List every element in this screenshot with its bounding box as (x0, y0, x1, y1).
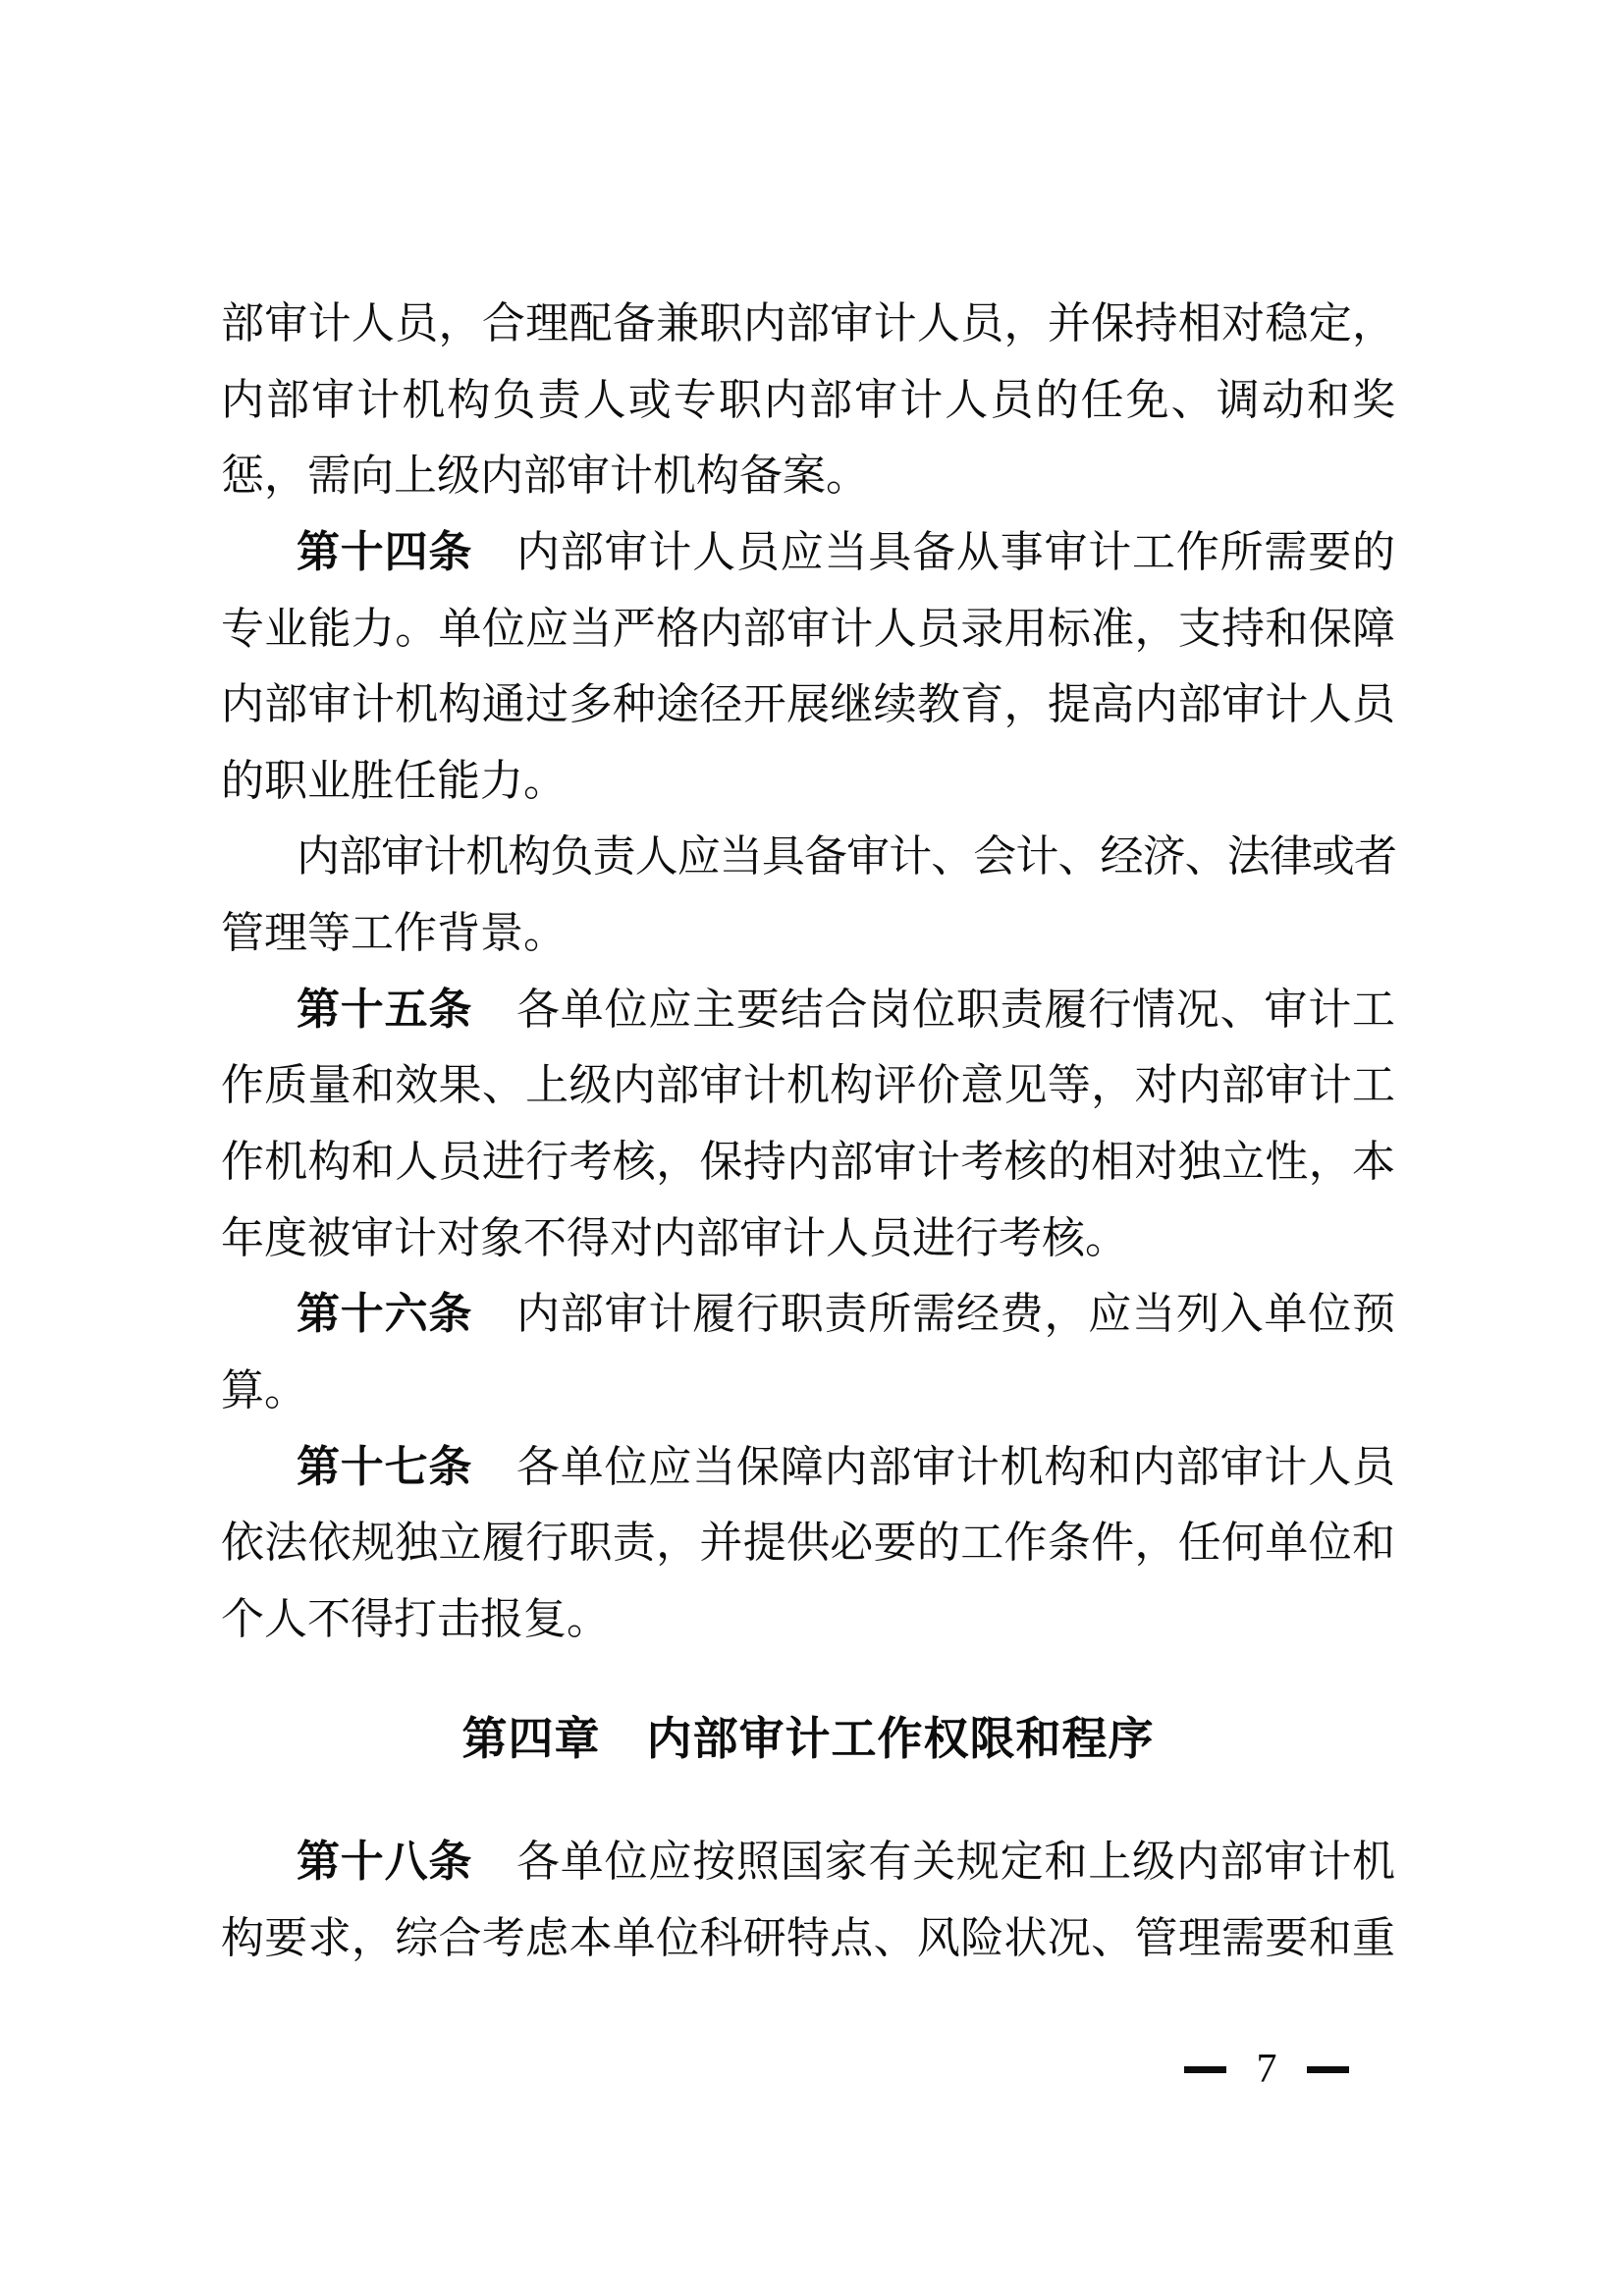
text-line: 第十五条 各单位应主要结合岗位职责履行情况、审计工 (221, 972, 1395, 1048)
line-text: 的职业胜任能力。 (221, 757, 567, 805)
footer-dash (1307, 2066, 1349, 2073)
line-text: 内部审计机构通过多种途径开展继续教育，提高内部审计人员 (221, 680, 1395, 728)
line-text: 内部审计机构负责人或专职内部审计人员的任免、调动和奖 (221, 376, 1395, 424)
text-line: 专业能力。单位应当严格内部审计人员录用标准，支持和保障 (221, 591, 1395, 667)
line-text: 惩，需向上级内部审计机构备案。 (221, 452, 869, 500)
line-text: 内部审计履行职责所需经费，应当列入单位预 (472, 1290, 1395, 1338)
text-line: 管理等工作背景。 (221, 895, 1395, 972)
document-page: 部审计人员，合理配备兼职内部审计人员，并保持相对稳定， 内部审计机构负责人或专职… (0, 0, 1624, 2296)
line-text: 依法依规独立履行职责，并提供必要的工作条件，任何单位和 (221, 1519, 1395, 1567)
line-text: 管理等工作背景。 (221, 909, 567, 957)
chapter-heading: 第四章 内部审计工作权限和程序 (221, 1701, 1395, 1778)
page-number: 7 (1257, 2048, 1277, 2091)
line-text: 内部审计人员应当具备从事审计工作所需要的 (472, 528, 1395, 576)
text-line: 构要求，综合考虑本单位科研特点、风险状况、管理需要和重 (221, 1900, 1395, 1977)
line-text: 个人不得打击报复。 (221, 1595, 610, 1643)
line-text: 内部审计机构负责人应当具备审计、会计、经济、法律或者 (297, 832, 1395, 881)
text-line: 作质量和效果、上级内部审计机构评价意见等，对内部审计工 (221, 1047, 1395, 1124)
text-line: 依法依规独立履行职责，并提供必要的工作条件，任何单位和 (221, 1505, 1395, 1581)
line-text: 算。 (221, 1366, 307, 1415)
text-line: 作机构和人员进行考核，保持内部审计考核的相对独立性，本 (221, 1124, 1395, 1201)
text-line: 个人不得打击报复。 (221, 1581, 1395, 1658)
text-line: 内部审计机构通过多种途径开展继续教育，提高内部审计人员 (221, 667, 1395, 743)
text-line: 内部审计机构负责人应当具备审计、会计、经济、法律或者 (221, 819, 1395, 895)
text-line: 第十七条 各单位应当保障内部审计机构和内部审计人员 (221, 1429, 1395, 1506)
line-text: 各单位应当保障内部审计机构和内部审计人员 (472, 1443, 1395, 1491)
body-text-lower: 第十八条 各单位应按照国家有关规定和上级内部审计机 构要求，综合考虑本单位科研特… (221, 1824, 1395, 1976)
page-footer: 7 (1184, 2048, 1349, 2091)
line-text: 作机构和人员进行考核，保持内部审计考核的相对独立性，本 (221, 1138, 1395, 1186)
body-text-upper: 部审计人员，合理配备兼职内部审计人员，并保持相对稳定， 内部审计机构负责人或专职… (221, 286, 1395, 1658)
line-text: 部审计人员，合理配备兼职内部审计人员，并保持相对稳定， (221, 299, 1395, 347)
text-line: 年度被审计对象不得对内部审计人员进行考核。 (221, 1201, 1395, 1277)
article-number: 第十四条 (297, 528, 472, 576)
line-text: 各单位应主要结合岗位职责履行情况、审计工 (472, 986, 1395, 1034)
footer-dash (1184, 2066, 1226, 2073)
line-text: 作质量和效果、上级内部审计机构评价意见等，对内部审计工 (221, 1061, 1395, 1109)
text-line: 第十六条 内部审计履行职责所需经费，应当列入单位预 (221, 1276, 1395, 1353)
text-line: 第十八条 各单位应按照国家有关规定和上级内部审计机 (221, 1824, 1395, 1900)
article-number: 第十七条 (297, 1443, 472, 1491)
text-line: 第十四条 内部审计人员应当具备从事审计工作所需要的 (221, 514, 1395, 591)
text-line: 的职业胜任能力。 (221, 743, 1395, 820)
text-line: 内部审计机构负责人或专职内部审计人员的任免、调动和奖 (221, 362, 1395, 439)
article-number: 第十八条 (297, 1838, 472, 1886)
line-text: 专业能力。单位应当严格内部审计人员录用标准，支持和保障 (221, 605, 1395, 653)
article-number: 第十五条 (297, 986, 472, 1034)
line-text: 构要求，综合考虑本单位科研特点、风险状况、管理需要和重 (221, 1914, 1395, 1962)
text-line: 惩，需向上级内部审计机构备案。 (221, 438, 1395, 514)
text-line: 部审计人员，合理配备兼职内部审计人员，并保持相对稳定， (221, 286, 1395, 362)
article-number: 第十六条 (297, 1290, 472, 1338)
line-text: 年度被审计对象不得对内部审计人员进行考核。 (221, 1214, 1128, 1262)
text-line: 算。 (221, 1353, 1395, 1429)
line-text: 各单位应按照国家有关规定和上级内部审计机 (472, 1838, 1395, 1886)
